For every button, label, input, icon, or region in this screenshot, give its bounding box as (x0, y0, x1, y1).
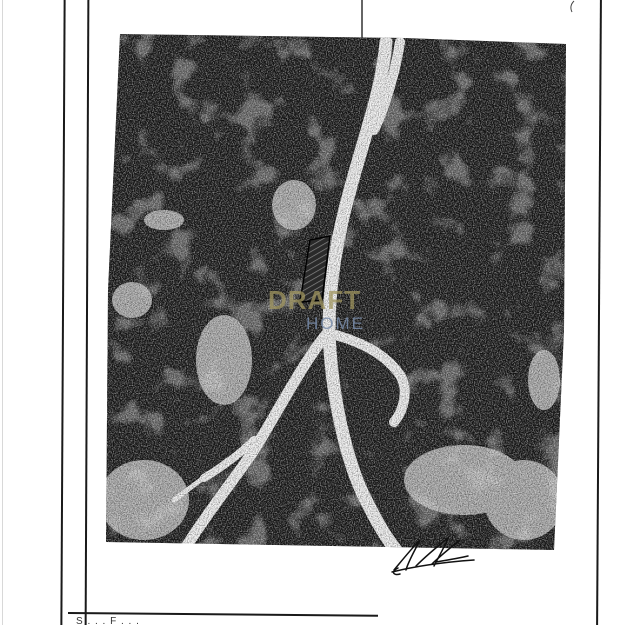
page-edge (2, 0, 3, 625)
aerial-photo-image (104, 30, 568, 550)
corner-pencil-mark (566, 0, 580, 16)
frame-line-left-outer (60, 0, 65, 625)
scanned-document-page: DRAFT HOME S . . . F . . . (0, 0, 628, 625)
signature (386, 518, 482, 578)
footer-caption: S . . . F . . . (76, 616, 140, 625)
aerial-map (104, 30, 568, 550)
frame-line-right (596, 0, 602, 625)
frame-line-left-inner (85, 0, 90, 625)
